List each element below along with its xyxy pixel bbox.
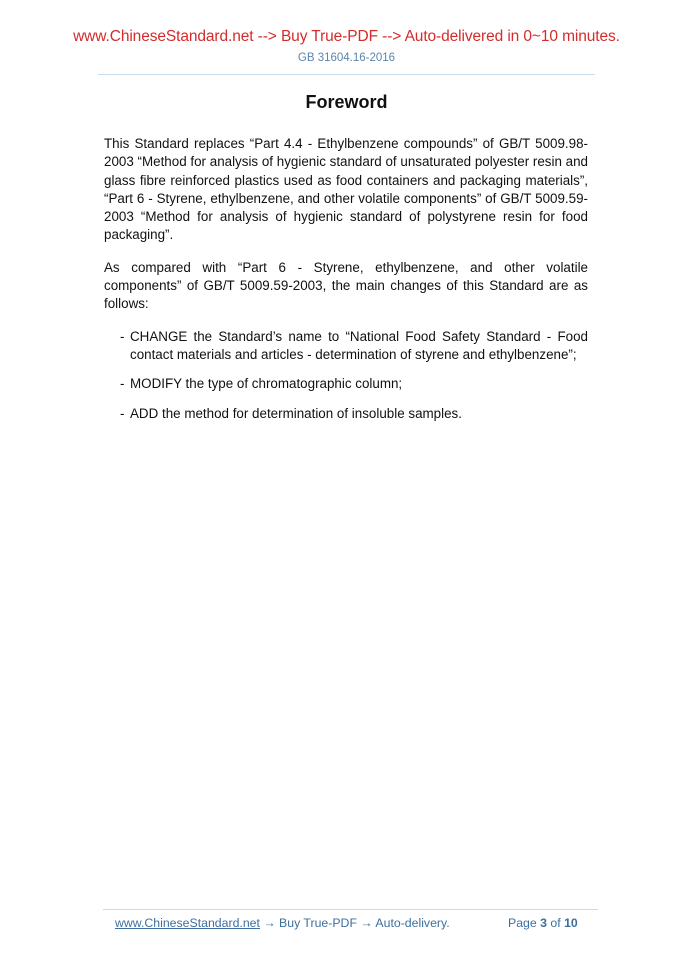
list-item-text: MODIFY the type of chromatographic colum…: [130, 376, 402, 391]
page-indicator: Page 3 of 10: [508, 916, 578, 930]
promo-banner: www.ChineseStandard.net --> Buy True-PDF…: [0, 28, 693, 46]
list-item: - MODIFY the type of chromatographic col…: [104, 375, 588, 393]
footer-site-link[interactable]: www.ChineseStandard.net: [115, 916, 260, 930]
list-dash: -: [120, 328, 124, 346]
list-item-text: CHANGE the Standard’s name to “National …: [130, 329, 588, 362]
list-item-text: ADD the method for determination of inso…: [130, 406, 462, 421]
list-item: - ADD the method for determination of in…: [104, 405, 588, 423]
page-of-label: of: [547, 916, 564, 930]
header-divider: [98, 74, 595, 75]
paragraph-replaces: This Standard replaces “Part 4.4 - Ethyl…: [104, 135, 588, 245]
document-code: GB 31604.16-2016: [0, 52, 693, 64]
paragraph-changes-intro: As compared with “Part 6 - Styrene, ethy…: [104, 259, 588, 314]
footer-tagline: → Buy True-PDF → Auto-delivery.: [260, 916, 450, 930]
foreword-body: This Standard replaces “Part 4.4 - Ethyl…: [104, 135, 588, 434]
page-label: Page: [508, 916, 540, 930]
page-current: 3: [540, 916, 547, 930]
changes-list: - CHANGE the Standard’s name to “Nationa…: [104, 328, 588, 423]
list-dash: -: [120, 375, 124, 393]
list-item: - CHANGE the Standard’s name to “Nationa…: [104, 328, 588, 365]
footer-promo: www.ChineseStandard.net → Buy True-PDF →…: [115, 916, 450, 930]
list-dash: -: [120, 405, 124, 423]
footer-divider: [103, 909, 598, 910]
page-total: 10: [564, 916, 578, 930]
section-title: Foreword: [0, 92, 693, 113]
